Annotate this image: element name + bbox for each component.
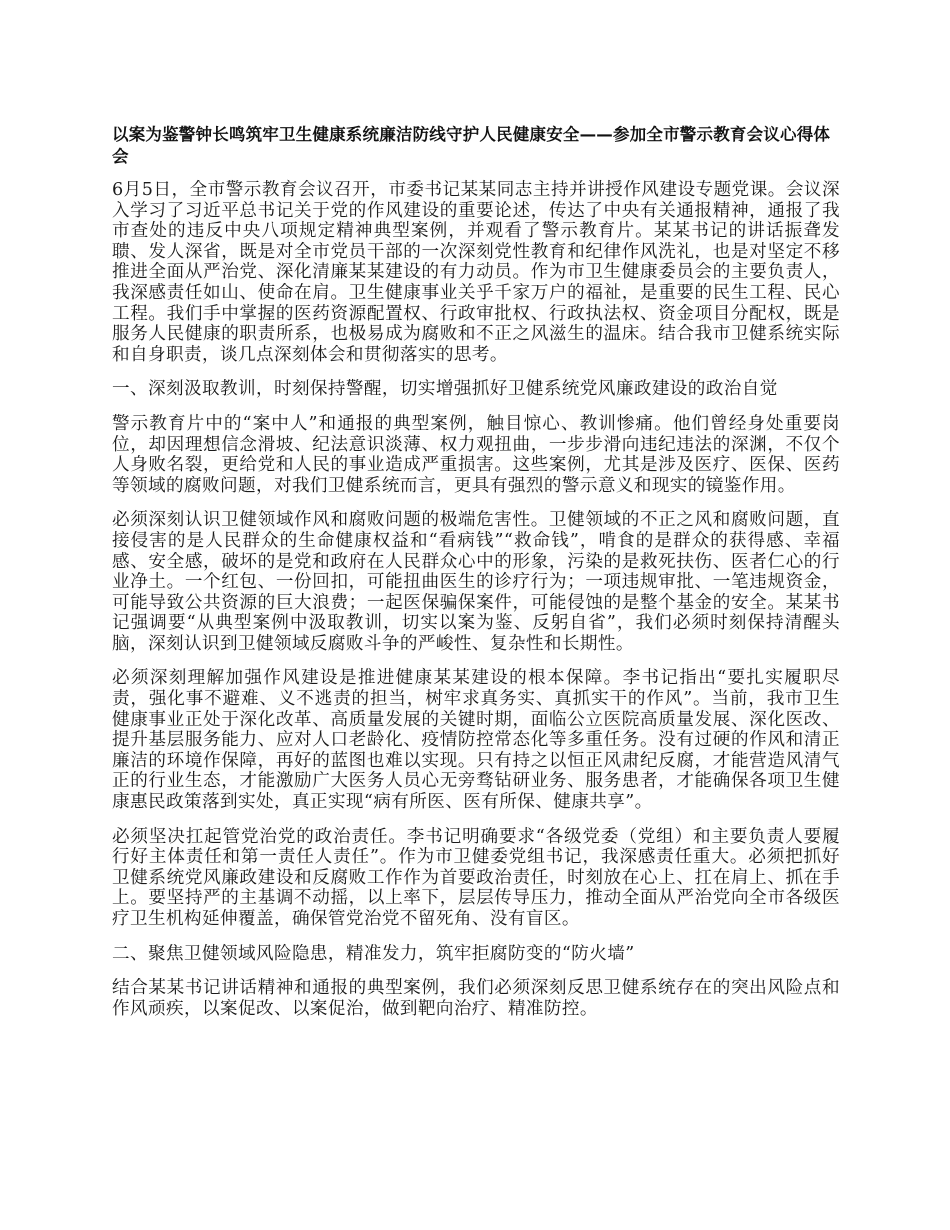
section-heading-2: 二、聚焦卫健领域风险隐患，精准发力，筑牢拒腐防变的“防火墙” — [112, 944, 840, 965]
paragraph-harm-awareness: 必须深刻认识卫健领域作风和腐败问题的极端危害性。卫健领域的不正之风和腐败问题，直… — [112, 510, 840, 654]
paragraph-risk-focus: 结合某某书记讲话精神和通报的典型案例，我们必须深刻反思卫健系统存在的突出风险点和… — [112, 978, 840, 1019]
document-page: 以案为鉴警钟长鸣筑牢卫生健康系统廉洁防线守护人民健康安全——参加全市警示教育会议… — [112, 124, 840, 1033]
section-heading-1: 一、深刻汲取教训，时刻保持警醒，切实增强抓好卫健系统党风廉政建设的政治自觉 — [112, 379, 840, 400]
document-title: 以案为鉴警钟长鸣筑牢卫生健康系统廉洁防线守护人民健康安全——参加全市警示教育会议… — [112, 124, 840, 168]
paragraph-political-responsibility: 必须坚决扛起管党治党的政治责任。李书记明确要求“各级党委（党组）和主要负责人要履… — [112, 827, 840, 930]
paragraph-intro: 6月5日，全市警示教育会议召开，市委书记某某同志主持并讲授作风建设专题党课。会议… — [112, 180, 840, 365]
paragraph-work-style: 必须深刻理解加强作风建设是推进健康某某建设的根本保障。李书记指出“要扎实履职尽责… — [112, 668, 840, 812]
paragraph-warning-cases: 警示教育片中的“案中人”和通报的典型案例，触目惊心、教训惨痛。他们曾经身处重要岗… — [112, 414, 840, 496]
